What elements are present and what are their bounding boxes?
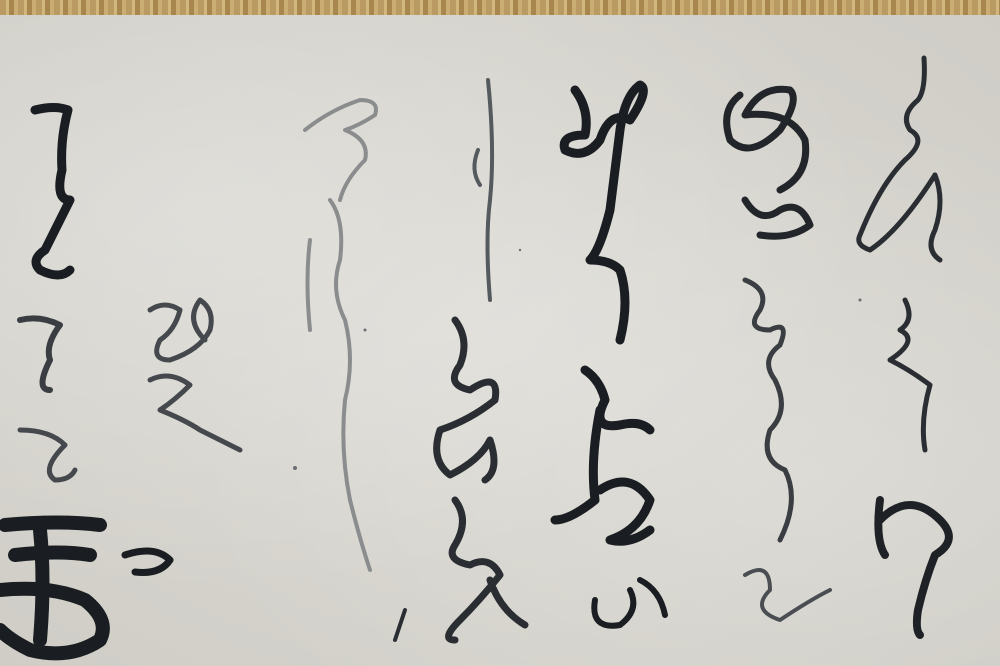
column-7 bbox=[0, 108, 170, 654]
column-3 bbox=[555, 85, 665, 626]
column-1 bbox=[859, 58, 949, 635]
paper-specks bbox=[293, 249, 862, 470]
column-4 bbox=[395, 80, 525, 640]
calligraphy-strokes bbox=[0, 0, 1000, 666]
column-5 bbox=[305, 100, 376, 570]
column-2 bbox=[727, 89, 830, 620]
calligraphy-photo bbox=[0, 0, 1000, 666]
column-6 bbox=[150, 300, 240, 450]
